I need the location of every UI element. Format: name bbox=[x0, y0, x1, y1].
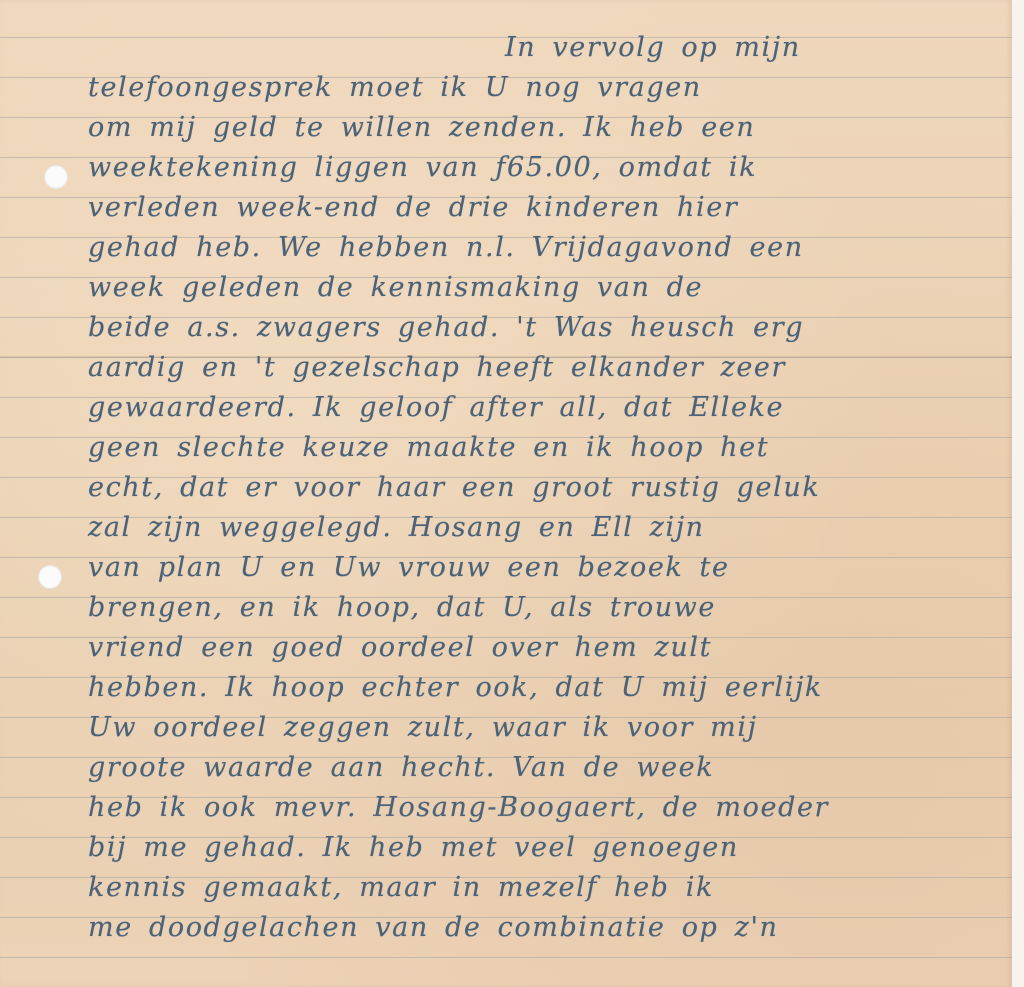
text-line: gewaardeerd. Ik geloof after all, dat El… bbox=[88, 388, 982, 428]
text-line: weektekening liggen van ƒ65.00, omdat ik bbox=[88, 148, 982, 188]
letter-page: In vervolg op mijn telefoongesprek moet … bbox=[0, 0, 1012, 987]
text-line: bij me gehad. Ik heb met veel genoegen bbox=[88, 828, 982, 868]
text-line: om mij geld te willen zenden. Ik heb een bbox=[88, 108, 982, 148]
text-line: hebben. Ik hoop echter ook, dat U mij ee… bbox=[88, 668, 982, 708]
text-line: beide a.s. zwagers gehad. 't Was heusch … bbox=[88, 308, 982, 348]
text-line: heb ik ook mevr. Hosang-Boogaert, de moe… bbox=[88, 788, 982, 828]
text-line: telefoongesprek moet ik U nog vragen bbox=[88, 68, 982, 108]
text-line: groote waarde aan hecht. Van de week bbox=[88, 748, 982, 788]
text-line: In vervolg op mijn bbox=[505, 28, 982, 68]
text-line: van plan U en Uw vrouw een bezoek te bbox=[88, 548, 982, 588]
text-line: zal zijn weggelegd. Hosang en Ell zijn bbox=[88, 508, 982, 548]
text-line: week geleden de kennismaking van de bbox=[88, 268, 982, 308]
text-line: me doodgelachen van de combinatie op z'n bbox=[88, 908, 982, 948]
text-line: verleden week-end de drie kinderen hier bbox=[88, 188, 982, 228]
text-line: kennis gemaakt, maar in mezelf heb ik bbox=[88, 868, 982, 908]
text-line: gehad heb. We hebben n.l. Vrijdagavond e… bbox=[88, 228, 982, 268]
text-line: brengen, en ik hoop, dat U, als trouwe bbox=[88, 588, 982, 628]
text-line: vriend een goed oordeel over hem zult bbox=[88, 628, 982, 668]
handwritten-text: In vervolg op mijn telefoongesprek moet … bbox=[0, 0, 1012, 987]
text-line: aardig en 't gezelschap heeft elkander z… bbox=[88, 348, 982, 388]
text-line: Uw oordeel zeggen zult, waar ik voor mij bbox=[88, 708, 982, 748]
text-line: geen slechte keuze maakte en ik hoop het bbox=[88, 428, 982, 468]
text-line: echt, dat er voor haar een groot rustig … bbox=[88, 468, 982, 508]
